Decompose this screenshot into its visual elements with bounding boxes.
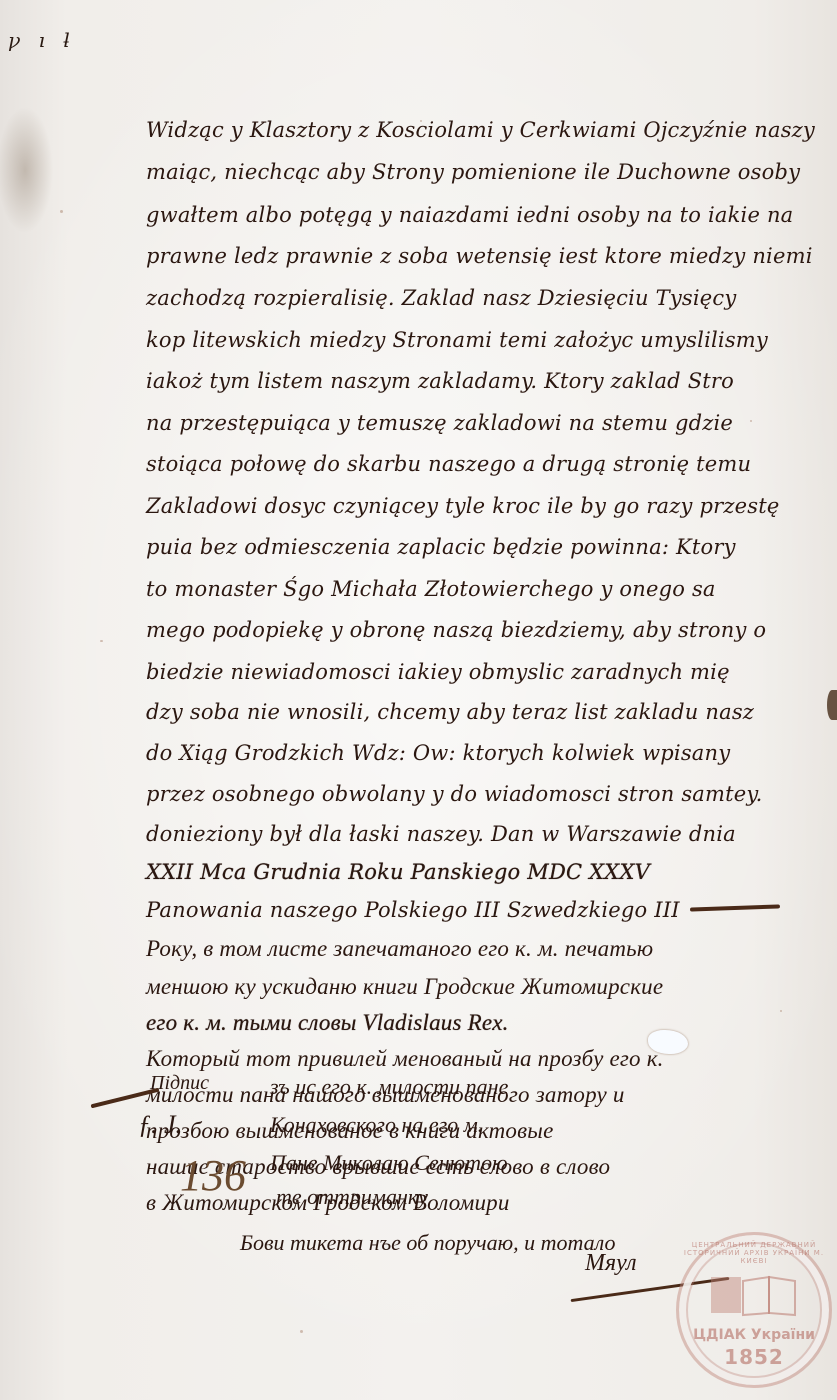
paper-speck: [780, 1010, 782, 1012]
corner-mark: ꝩ ı ƚ: [8, 28, 76, 52]
closing-line: Бови тикета нъе об поручаю, и тотало: [240, 1230, 616, 1256]
paper-speck: [300, 1330, 303, 1333]
text-line: do Xiąg Grodzkich Wdz: Ow: ktorych kolwi…: [146, 741, 730, 765]
pen-flourish: [690, 904, 780, 911]
text-line: na przestępuiąca y temuszę zakladowi na …: [146, 411, 733, 435]
text-line: puia bez odmiesczenia zaplacic będzie po…: [146, 535, 736, 559]
date-line: XXII Mca Grudnia Roku Panskiego MDC XXXV: [146, 860, 650, 884]
folio-number: 136: [180, 1150, 246, 1201]
text-line: mego podopiekę y obronę naszą biezdziemy…: [146, 618, 766, 642]
cyrillic-line: Который тот привилей менованый на прозбу…: [146, 1046, 664, 1072]
scribe-signature: Мяул: [585, 1250, 637, 1277]
cyrillic-line: Року, в том листе запечатаного его к. м.…: [146, 936, 653, 962]
text-line: zachodzą rozpieralisię. Zaklad nasz Dzie…: [146, 286, 736, 310]
stamp-year: 1852: [679, 1345, 829, 1369]
stamp-archive-name: ЦДІАК України: [679, 1327, 829, 1343]
text-line: stoiąca połowę do skarbu naszego a drugą…: [146, 452, 751, 476]
text-line: biedzie niewiadomosci iakiey obmyslic za…: [146, 660, 730, 684]
attestation-line: зъ ис его к. милости пане: [270, 1074, 508, 1100]
attestation-line: Пане Миколаю Сенютою: [270, 1150, 508, 1176]
paper-speck: [100, 640, 103, 642]
text-line: donieziony był dla łaski naszey. Dan w W…: [146, 822, 736, 846]
text-line: prawne ledz prawnie z soba wetensię iest…: [146, 244, 813, 268]
paper-speck: [750, 420, 752, 422]
attestation-line: те оттриманку: [276, 1184, 428, 1210]
text-line: to monaster Śgo Michała Złotowierchego y…: [146, 577, 716, 601]
text-line: iakoż tym listem naszym zakladamy. Ktory…: [146, 369, 734, 393]
attestation-line: Конаховского на его м.: [270, 1112, 483, 1138]
text-line: kop litewskich miedzy Stronami temi zało…: [146, 328, 768, 352]
text-line: przez osobnego obwolany y do wiadomosci …: [146, 782, 763, 806]
archive-stamp: ЦЕНТРАЛЬНИЙ ДЕРЖАВНИЙ ІСТОРИЧНИЙ АРХІВ У…: [676, 1232, 832, 1388]
text-line: gwałtem albo potęgą y naiazdami iedni os…: [146, 203, 793, 227]
text-line: maiąc, niechcąc aby Strony pomienione il…: [146, 160, 800, 184]
text-line: Panowania naszego Polskiego III Szwedzki…: [146, 898, 680, 922]
text-line: Widząc y Klasztory z Kosciolami y Cerkwi…: [146, 118, 815, 142]
edge-stain: [827, 690, 837, 720]
paper-hole: [648, 1030, 688, 1054]
cyrillic-line: его к. м. тыми словы Vladislaus Rex.: [146, 1010, 509, 1036]
left-margin-note: Підпис: [150, 1072, 209, 1095]
left-initials: ƒ. J.: [138, 1110, 182, 1140]
text-line: Zakladowi dosyc czyniącey tyle kroc ile …: [146, 494, 780, 518]
manuscript-page: ꝩ ı ƚ Widząc y Klasztory z Kosciolami y …: [0, 0, 837, 1400]
cyrillic-line: меншою ку ускиданю книги Гродские Житоми…: [146, 974, 663, 1000]
open-book-icon: [709, 1271, 799, 1319]
stamp-ring-text: ЦЕНТРАЛЬНИЙ ДЕРЖАВНИЙ ІСТОРИЧНИЙ АРХІВ У…: [679, 1241, 829, 1265]
paper-speck: [60, 210, 63, 213]
text-line: dzy soba nie wnosili, chcemy aby teraz l…: [146, 700, 754, 724]
